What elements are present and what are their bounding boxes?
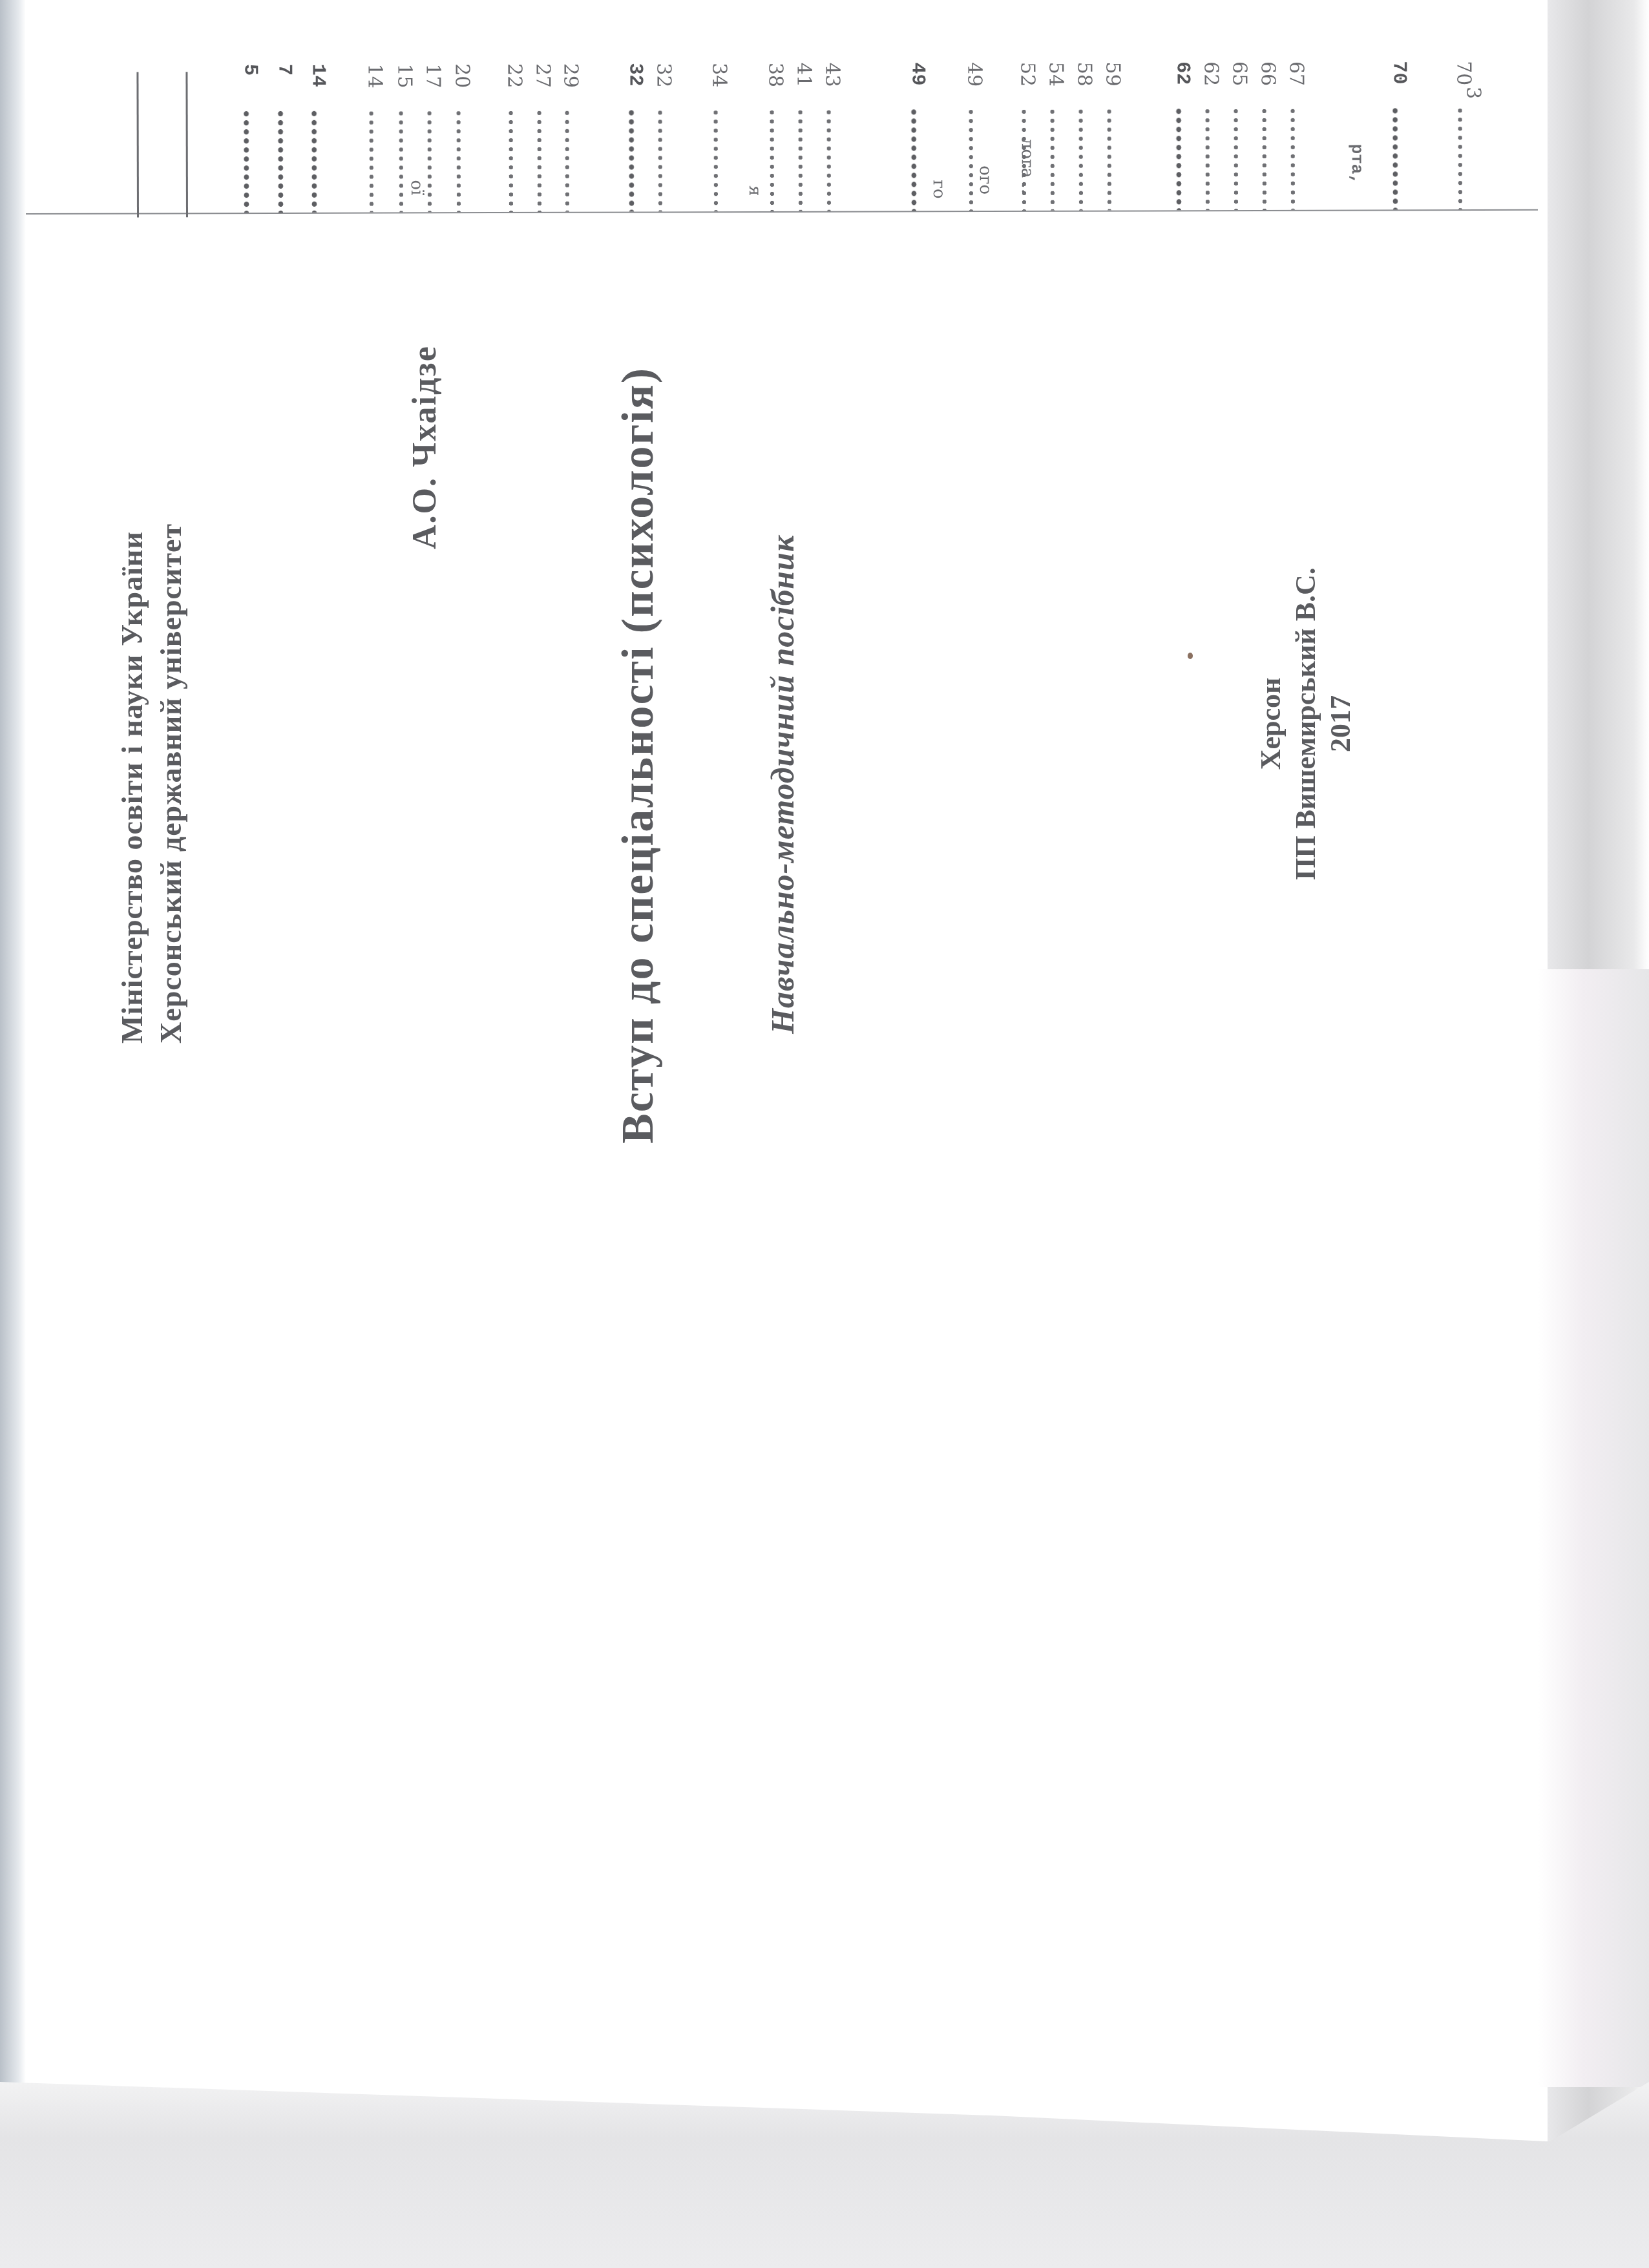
toc-leader-dots bbox=[1458, 106, 1462, 209]
publisher: ПП Вишемирський В.С. bbox=[1288, 517, 1323, 930]
toc-entry: 70 bbox=[1385, 80, 1412, 209]
toc-page-ref: 32 bbox=[650, 63, 676, 114]
toc-leader-dots bbox=[399, 109, 403, 212]
toc-leader-dots bbox=[629, 109, 635, 212]
toc-leader-dots bbox=[911, 107, 917, 211]
toc-text-fragment: ої bbox=[407, 180, 426, 195]
toc-page-ref: 27 bbox=[529, 63, 555, 115]
scanner-shadow-left bbox=[0, 0, 26, 2268]
scan-speck bbox=[1188, 653, 1193, 659]
city: Херсон bbox=[1254, 517, 1288, 930]
toc-page-ref: 41 bbox=[790, 63, 816, 114]
toc-entry: 66 bbox=[1254, 81, 1281, 210]
toc-text-fragment: я bbox=[745, 185, 764, 196]
author-name: А.О. Чхаідзе bbox=[406, 345, 444, 549]
toc-page-ref: 29 bbox=[557, 63, 583, 115]
toc-page-ref: 59 bbox=[1099, 62, 1125, 114]
toc-page-ref: 17 bbox=[419, 63, 445, 115]
toc-page-ref: 49 bbox=[961, 62, 987, 114]
toc-leader-dots bbox=[1263, 107, 1266, 210]
book-title: Вступ до спеціальності (психологія) bbox=[613, 367, 664, 1144]
toc-entry: 32 bbox=[650, 82, 677, 211]
toc-text-fragment: ого bbox=[976, 165, 995, 194]
year: 2017 bbox=[1323, 517, 1358, 930]
toc-entry: 70 bbox=[1450, 80, 1476, 209]
toc-entry: 32 bbox=[622, 82, 648, 211]
toc-page-ref: 43 bbox=[819, 63, 845, 114]
toc-entry: 34 bbox=[706, 82, 732, 211]
toc-rule bbox=[136, 72, 139, 218]
toc-leader-dots bbox=[1176, 107, 1182, 210]
imprint-block: Херсон ПП Вишемирський В.С. 2017 bbox=[1254, 517, 1358, 930]
toc-leader-dots bbox=[714, 108, 718, 211]
toc-entry: 38 bbox=[762, 82, 788, 211]
toc-leader-dots bbox=[457, 109, 461, 212]
toc-leader-dots bbox=[1206, 107, 1210, 210]
toc-page-ref: 65 bbox=[1226, 61, 1252, 113]
scanner-shadow-bottom bbox=[0, 2082, 1649, 2268]
toc-leader-dots bbox=[799, 108, 803, 211]
toc-entry: 58 bbox=[1071, 81, 1097, 211]
toc-page-ref: 67 bbox=[1283, 61, 1308, 113]
toc-entry: 14 bbox=[361, 83, 388, 213]
toc-page-ref: 22 bbox=[501, 63, 527, 115]
toc-leader-dots bbox=[428, 109, 432, 212]
toc-leader-dots bbox=[1108, 107, 1111, 211]
toc-page-ref: 70 bbox=[1385, 61, 1411, 112]
toc-leader-dots bbox=[370, 109, 373, 213]
toc-page-ref: 54 bbox=[1042, 62, 1068, 114]
toc-leader-dots bbox=[1291, 107, 1295, 210]
toc-entry: 29 bbox=[557, 83, 583, 212]
toc-leader-dots bbox=[1392, 106, 1398, 209]
toc-page-ref: 34 bbox=[706, 63, 731, 114]
toc-entry: 59 bbox=[1099, 81, 1126, 211]
toc-page-ref: 49 bbox=[904, 62, 930, 114]
toc-entry: 20 bbox=[448, 83, 475, 212]
toc-entry: 14 bbox=[304, 83, 331, 213]
toc-page-ref: 5 bbox=[236, 64, 262, 116]
toc-page-ref: 15 bbox=[391, 63, 417, 115]
book-subtitle: Навчально-методичний посібник bbox=[764, 535, 801, 1034]
toc-leader-dots bbox=[311, 109, 317, 213]
toc-entry: 41 bbox=[790, 82, 817, 211]
toc-page-ref: 66 bbox=[1254, 61, 1280, 113]
toc-fragment: 5714141517202227293232343841434949525458… bbox=[25, 0, 1538, 215]
toc-entry: 43 bbox=[819, 82, 845, 211]
toc-text-fragment: лога .. bbox=[1018, 138, 1037, 194]
toc-leader-dots bbox=[244, 109, 249, 213]
toc-leader-dots bbox=[1234, 107, 1238, 210]
toc-entry: 27 bbox=[529, 83, 556, 212]
toc-page-ref: 14 bbox=[304, 64, 330, 116]
toc-leader-dots bbox=[1051, 107, 1055, 211]
toc-page-ref: 62 bbox=[1169, 61, 1195, 113]
toc-page-ref: 14 bbox=[361, 64, 387, 116]
toc-entry: 22 bbox=[501, 83, 527, 212]
toc-leader-dots bbox=[827, 108, 831, 211]
toc-leader-dots bbox=[509, 109, 513, 212]
ministry-block: Міністерство освіти і науки України Херс… bbox=[113, 523, 191, 1044]
toc-leader-dots bbox=[770, 108, 774, 211]
toc-leader-dots bbox=[658, 108, 662, 211]
scanner-shadow-bottom-right bbox=[1538, 969, 1649, 2087]
toc-page-ref: 62 bbox=[1197, 61, 1223, 113]
toc-leader-dots bbox=[565, 109, 569, 212]
toc-leader-dots bbox=[969, 107, 973, 211]
toc-leader-dots bbox=[538, 109, 541, 212]
toc-entry: 62 bbox=[1169, 81, 1195, 210]
toc-text-fragment: го bbox=[929, 180, 949, 198]
toc-page-ref: 7 bbox=[271, 64, 297, 116]
ministry-line: Міністерство освіти і науки України bbox=[113, 523, 152, 1044]
toc-entry: 54 bbox=[1042, 81, 1069, 211]
university-line: Херсонський державний університет bbox=[152, 523, 191, 1044]
toc-page-ref: 32 bbox=[622, 63, 647, 114]
toc-page-ref: 52 bbox=[1014, 62, 1040, 114]
toc-leader-dots bbox=[1079, 107, 1083, 211]
toc-entry: 7 bbox=[271, 83, 297, 213]
toc-page-ref: 20 bbox=[448, 63, 474, 115]
toc-rule bbox=[185, 72, 188, 217]
toc-page-number: 3 bbox=[1462, 87, 1484, 99]
toc-entry: 62 bbox=[1197, 81, 1224, 210]
toc-page-ref: 58 bbox=[1071, 62, 1097, 114]
toc-entry: 67 bbox=[1283, 81, 1309, 210]
toc-entry: 5 bbox=[236, 83, 263, 213]
toc-text-fragment: рта, bbox=[1347, 144, 1367, 185]
toc-page-ref: 38 bbox=[762, 63, 788, 114]
toc-entry: 49 bbox=[904, 81, 930, 211]
toc-leader-dots bbox=[278, 109, 284, 213]
toc-entry: 65 bbox=[1226, 81, 1252, 210]
